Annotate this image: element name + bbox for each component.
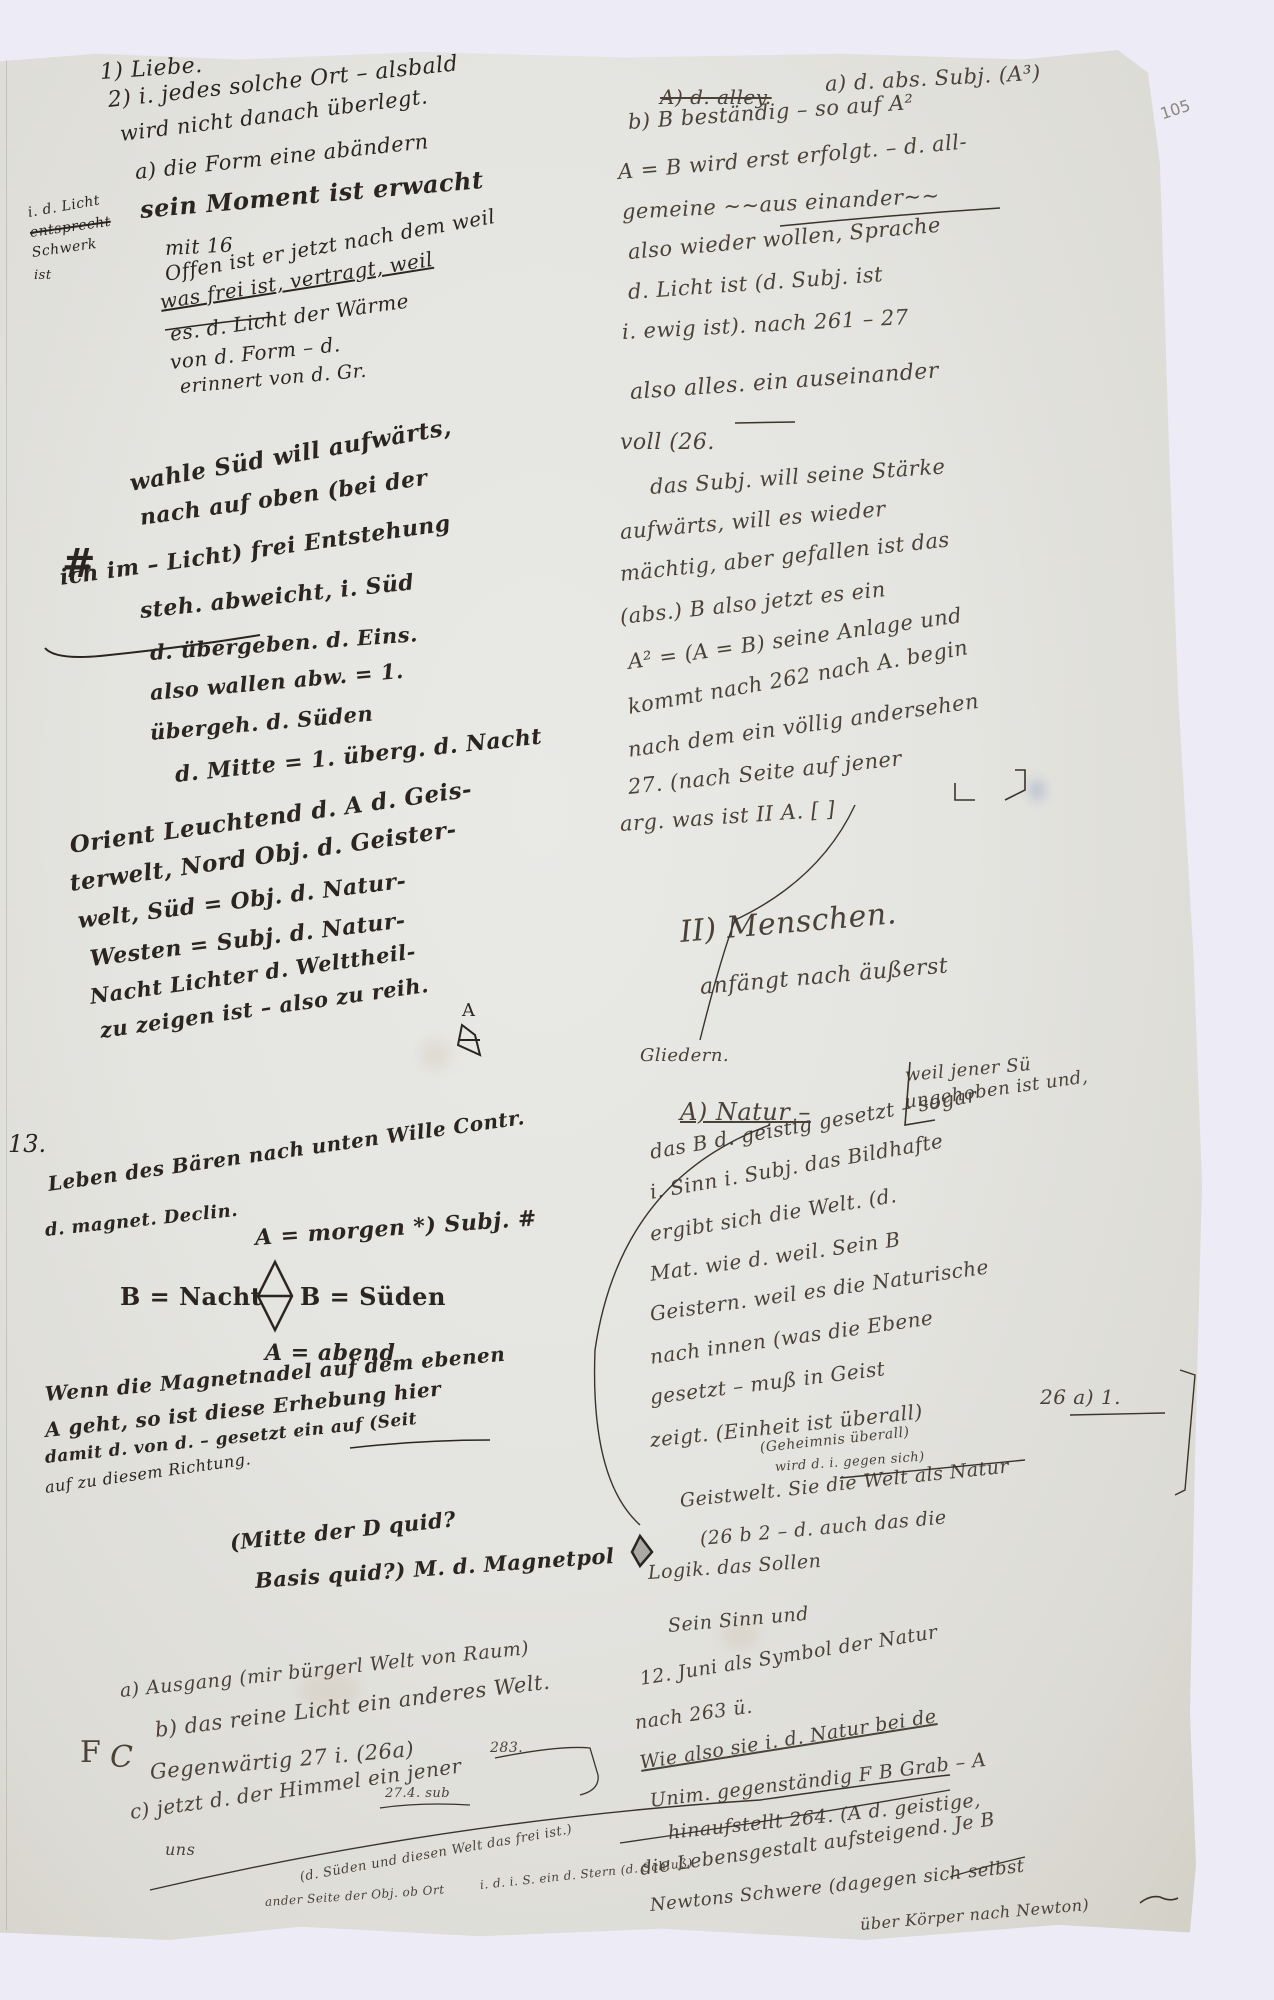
right-column: A) d. alley. a) d. abs. Subj. (A³) b) B … bbox=[0, 0, 1274, 2000]
section-heading: II) Menschen. bbox=[678, 896, 898, 950]
text-line: das Subj. will seine Stärke bbox=[649, 454, 946, 499]
text-line: Sein Sinn und bbox=[667, 1603, 810, 1637]
text-line: a) d. abs. Subj. (A³) bbox=[824, 61, 1041, 96]
text-line: arg. was ist II A. [ ] bbox=[619, 797, 836, 836]
text-line: aufwärts, will es wieder bbox=[619, 497, 887, 544]
text-line: (26 b 2 – d. auch das die bbox=[699, 1506, 947, 1549]
text-line: d. Licht ist (d. Subj. ist bbox=[627, 262, 884, 304]
text-line: nach 263 ü. bbox=[633, 1696, 753, 1734]
text-line: anfängt nach äußerst bbox=[699, 953, 949, 1000]
annotation: 26 a) 1. bbox=[1040, 1385, 1121, 1409]
text-line: i. ewig ist). nach 261 – 27 bbox=[621, 305, 909, 344]
text-line: also alles. ein auseinander bbox=[629, 358, 940, 405]
text-line: Gliedern. bbox=[640, 1045, 729, 1066]
text-line: Logik. das Sollen bbox=[647, 1550, 822, 1584]
text-line: über Körper nach Newton) bbox=[859, 1895, 1090, 1934]
text-line: voll (26. bbox=[620, 430, 715, 455]
text-line: A = B wird erst erfolgt. – d. all- bbox=[617, 130, 968, 184]
